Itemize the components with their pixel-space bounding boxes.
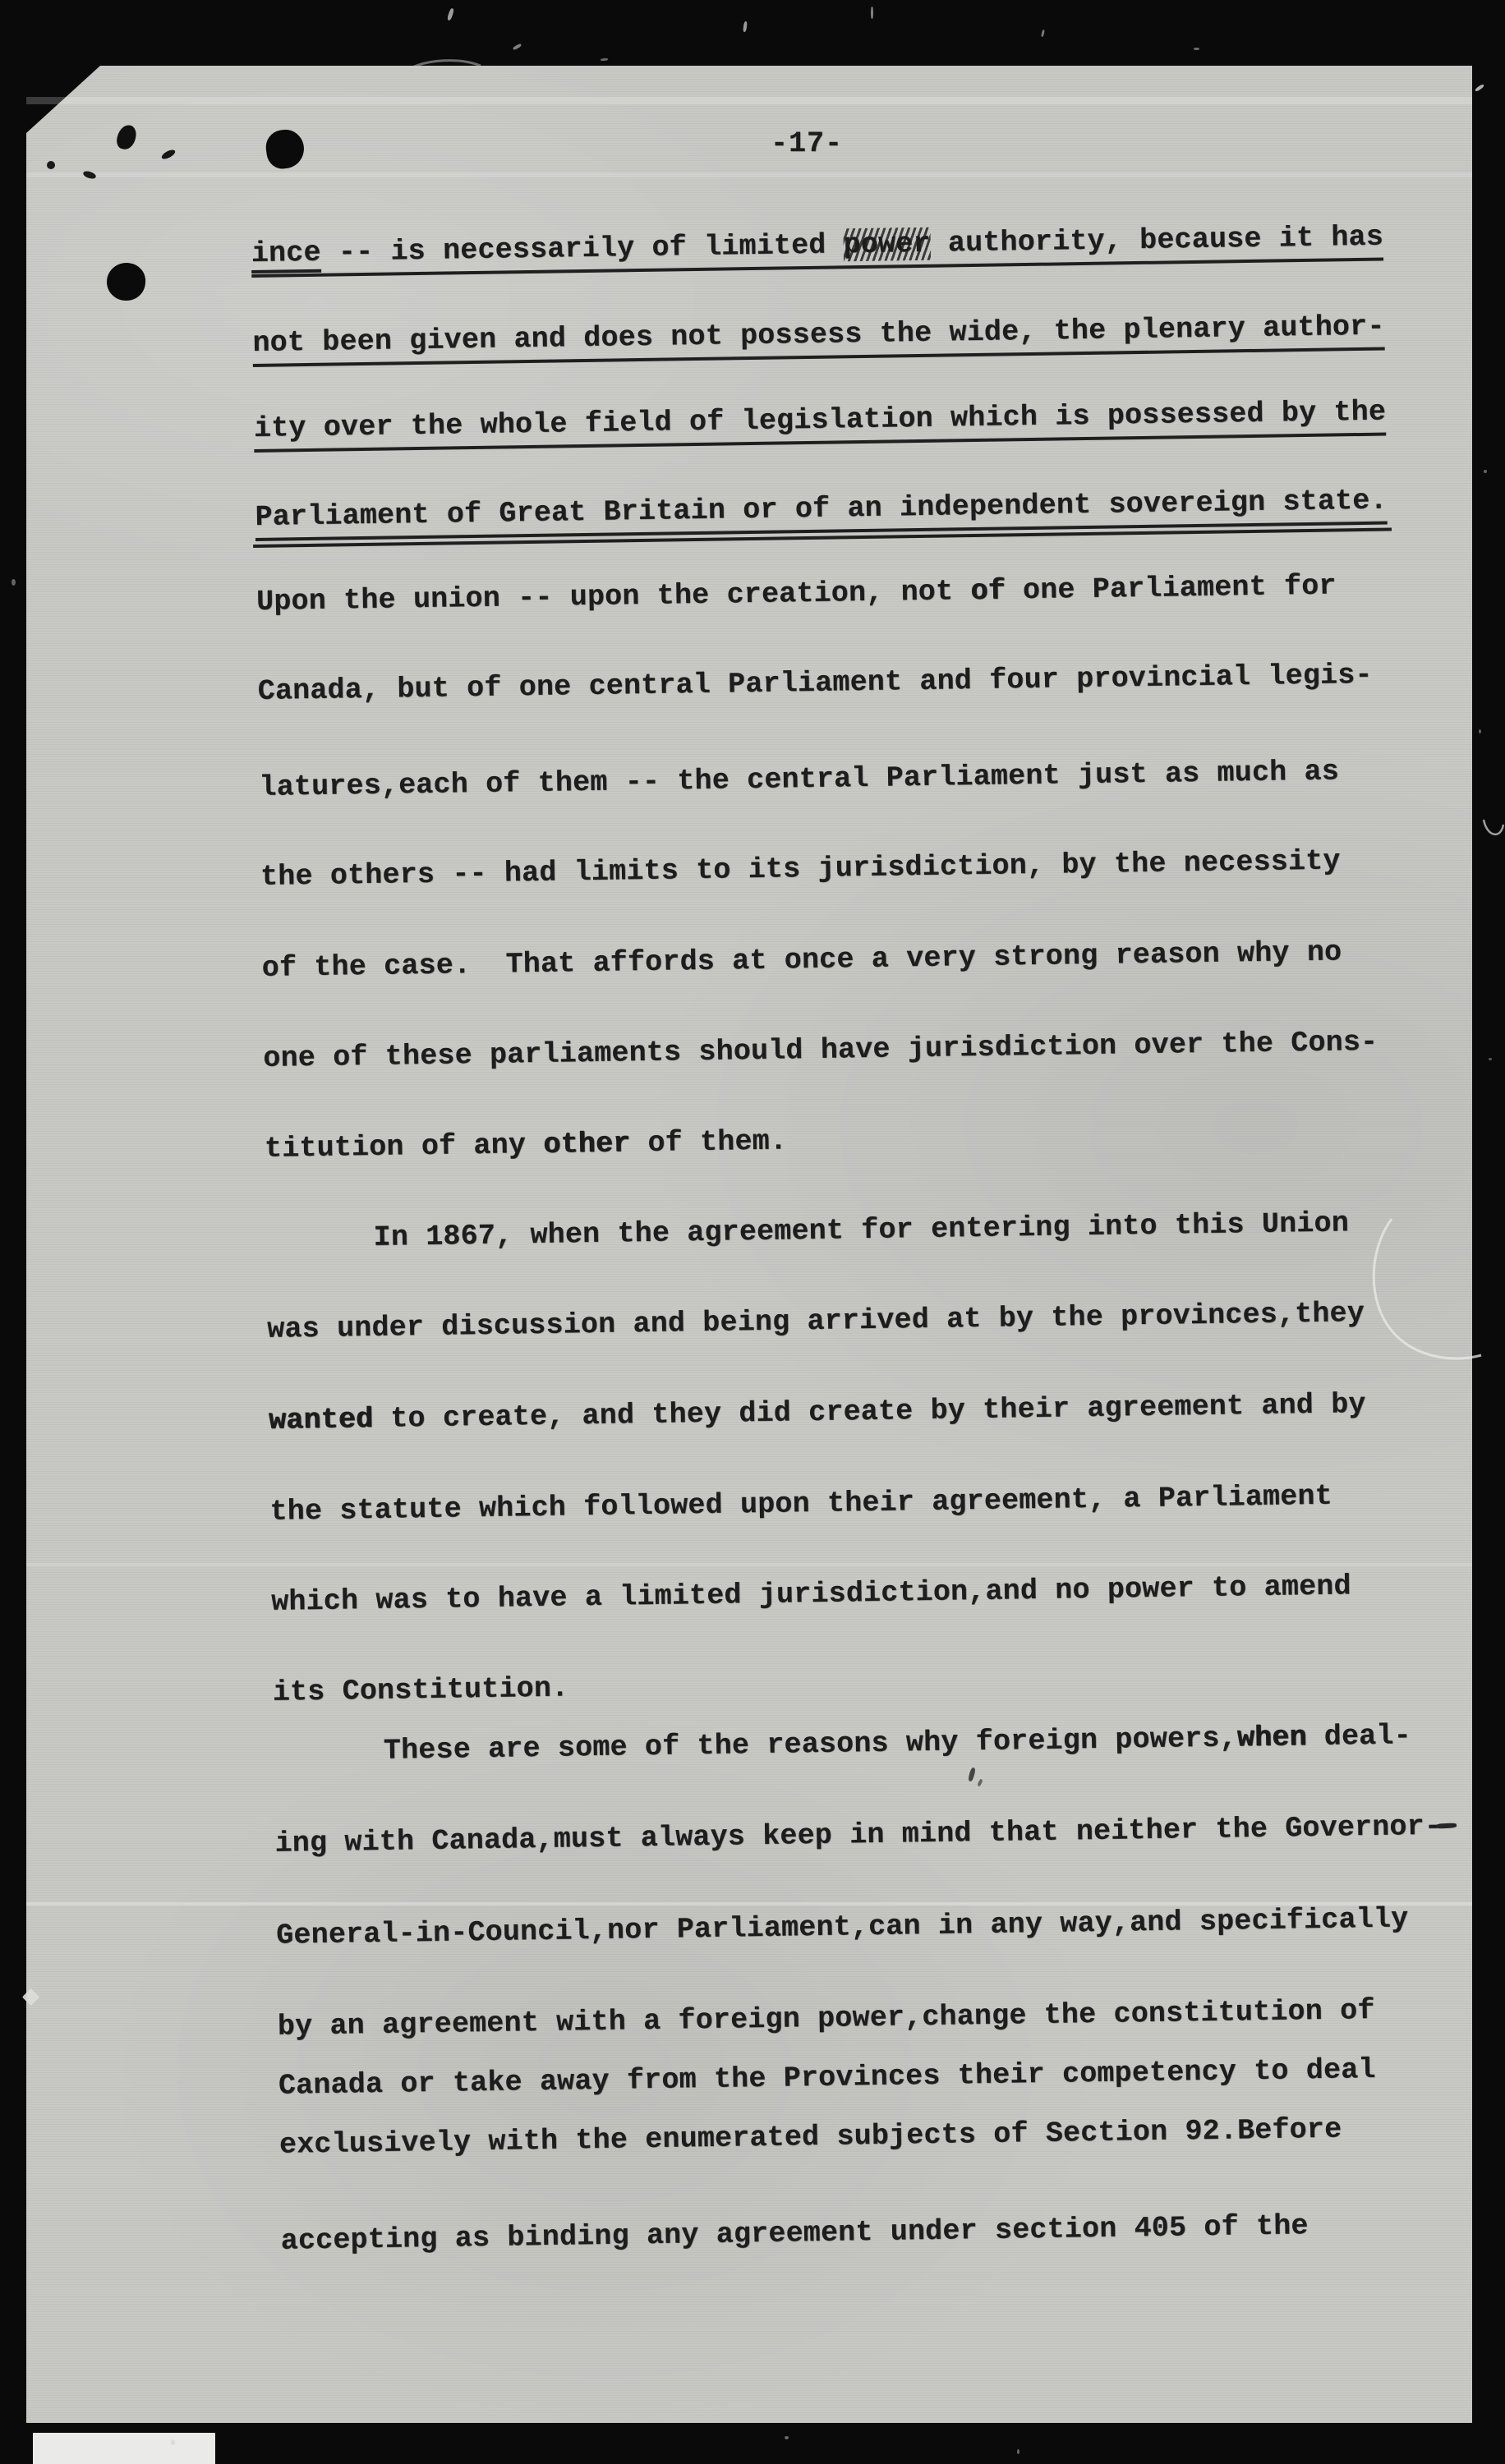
text-segment: other	[543, 1127, 631, 1161]
text-segment: ity over the whole field of legislation …	[254, 396, 1387, 445]
scan-mark	[12, 579, 16, 586]
text-segment: one Parliament for	[1005, 569, 1336, 607]
text-line: titution of any other of them.	[265, 1127, 788, 1163]
scan-mark	[871, 7, 873, 19]
text-segment: authority, because it has	[930, 221, 1383, 260]
text-line: which was to have a limited jurisdiction…	[271, 1572, 1351, 1616]
text-segment: titution of any	[265, 1129, 544, 1165]
scan-mark	[1489, 1058, 1492, 1060]
text-segment: exclusively with the enumerated subjects…	[279, 2113, 1342, 2162]
text-line: by an agreement with a foreign power,cha…	[278, 1997, 1375, 2042]
scan-mark	[47, 161, 55, 169]
text-segment: not been given and does not possess the …	[252, 310, 1385, 360]
text-segment: -- is necessarily of limited	[320, 228, 844, 269]
text-line: ing with Canada,must always keep in mind…	[274, 1813, 1442, 1859]
text-line: latures,each of them -- the central Parl…	[259, 757, 1339, 802]
scan-mark	[1484, 470, 1487, 473]
text-line: ince -- is necessarily of limited power …	[251, 223, 1384, 278]
text-line: was under discussion and being arrived a…	[267, 1299, 1365, 1345]
text-line: In 1867, when the agreement for entering…	[373, 1209, 1349, 1253]
scan-mark	[1479, 729, 1481, 733]
text-segment: deal-	[1306, 1719, 1411, 1754]
text-segment: which was to have a limited jurisdiction…	[271, 1570, 1351, 1618]
text-segment: ince	[251, 237, 321, 274]
text-line: the statute which followed upon their ag…	[269, 1483, 1332, 1527]
text-segment: when	[1236, 1721, 1306, 1754]
text-segment: the others -- had limits to its jurisdic…	[260, 844, 1341, 893]
text-segment: of	[970, 574, 1006, 608]
text-line: of the case. That affords at once a very…	[261, 938, 1342, 982]
text-segment: was under discussion and being arrived a…	[267, 1297, 1365, 1346]
text-line: one of these parliaments should have jur…	[263, 1028, 1378, 1073]
text-line: Canada, but of one central Parliament an…	[257, 661, 1372, 706]
text-segment: of the case. That affords at once a very…	[261, 935, 1342, 984]
text-line: These are some of the reasons why foreig…	[384, 1722, 1411, 1766]
scan-mark	[785, 2436, 789, 2439]
text-line: General-in-Council,nor Parliament,can in…	[276, 1905, 1409, 1950]
scan-mark	[171, 2439, 175, 2445]
text-line: wanted to create, and they did create by…	[269, 1391, 1366, 1436]
scan-mark	[1017, 2449, 1019, 2454]
text-segment: These are some of the reasons why foreig…	[384, 1722, 1237, 1767]
scan-mark	[1194, 48, 1199, 50]
text-segment: to create, and they did create by their …	[373, 1388, 1366, 1436]
text-line: Parliament of Great Britain or of an ind…	[255, 487, 1388, 541]
text-segment: its Constitution.	[273, 1671, 569, 1708]
text-segment: one of these parliaments should have jur…	[263, 1026, 1378, 1075]
text-segment: ing with Canada,must always keep in mind…	[274, 1810, 1442, 1860]
text-segment: General-in-Council,nor Parliament,can in…	[276, 1902, 1409, 1951]
text-segment: Canada, but of one central Parliament an…	[257, 659, 1372, 708]
struck-word: power	[843, 228, 931, 262]
text-segment: Parliament of Great Britain or of an ind…	[255, 485, 1388, 534]
text-segment: by an agreement with a foreign power,cha…	[278, 1994, 1375, 2043]
text-line: not been given and does not possess the …	[252, 313, 1385, 367]
text-segment: wanted	[269, 1403, 374, 1437]
text-segment: latures,each of them -- the central Parl…	[259, 755, 1339, 803]
text-line: ity over the whole field of legislation …	[254, 398, 1387, 453]
text-line: Canada or take away from the Provinces t…	[278, 2056, 1376, 2101]
text-segment: of them.	[630, 1124, 787, 1160]
text-segment: Upon the union -- upon the creation, not	[256, 575, 971, 618]
text-line: the others -- had limits to its jurisdic…	[260, 847, 1341, 891]
text-line: exclusively with the enumerated subjects…	[279, 2116, 1342, 2160]
text-line: Upon the union -- upon the creation, not…	[256, 572, 1337, 616]
scanned-document-page: { "page": { "number_label": "-17-" }, "l…	[0, 0, 1505, 2464]
text-segment: accepting as binding any agreement under…	[280, 2209, 1308, 2258]
text-line: accepting as binding any agreement under…	[280, 2212, 1308, 2256]
text-segment: the statute which followed upon their ag…	[269, 1480, 1332, 1529]
text-segment: Canada or take away from the Provinces t…	[278, 2053, 1376, 2103]
text-line: its Constitution.	[273, 1674, 569, 1707]
text-segment: In 1867, when the agreement for entering…	[373, 1207, 1349, 1254]
text-layer: ince -- is necessarily of limited power …	[0, 0, 1505, 2464]
